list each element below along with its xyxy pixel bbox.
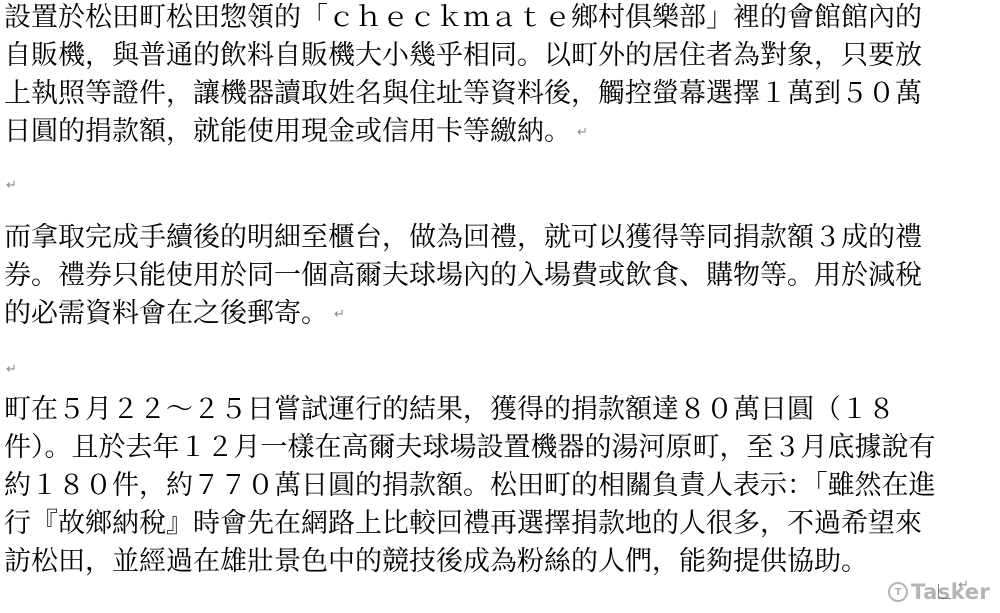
- paragraph-mark-icon: ↵: [6, 178, 17, 193]
- text-line: 券。禮券只能使用於同一個高爾夫球場內的入場費或飲食、購物等。用於減稅: [4, 258, 922, 294]
- text-line: 訪松田，並經過在雄壯景色中的競技後成為粉絲的人們，能夠提供協助。: [4, 546, 868, 577]
- watermark-logo-icon: T: [888, 582, 908, 602]
- text-line: 上執照等證件，讓機器讀取姓名與住址等資料後，觸控螢幕選擇１萬到５０萬: [4, 76, 922, 112]
- text-line-last: 訪松田，並經過在雄壯景色中的競技後成為粉絲的人們，能夠提供協助。: [4, 544, 868, 580]
- watermark: T Tasker: [888, 578, 990, 606]
- text-line: 日圓的捐款額，就能使用現金或信用卡等繳納。: [4, 116, 571, 147]
- paragraph-mark-icon: ↵: [577, 125, 588, 140]
- text-line: 的必需資料會在之後郵寄。: [4, 298, 328, 329]
- text-line: 行『故鄉納稅』時會先在網路上比較回禮再選擇捐款地的人很多，不過希望來: [4, 506, 922, 542]
- text-line: 自販機，與普通的飲料自販機大小幾乎相同。以町外的居住者為對象，只要放: [4, 38, 922, 74]
- text-line: 約１８０件，約７７０萬日圓的捐款額。松田町的相關負責人表示：「雖然在進: [4, 468, 936, 504]
- text-line-last: 的必需資料會在之後郵寄。↵: [4, 296, 345, 332]
- paragraph-mark-icon: ↵: [334, 307, 345, 322]
- text-line: 件）。且於去年１２月一樣在高爾夫球場設置機器的湯河原町，至３月底據說有: [4, 430, 936, 466]
- text-line: 町在５月２２～２５日嘗試運行的結果，獲得的捐款額達８０萬日圓（１８: [4, 392, 895, 428]
- paragraph-mark-icon: ↵: [6, 362, 17, 377]
- watermark-text: Tasker: [911, 580, 990, 604]
- text-line-last: 日圓的捐款額，就能使用現金或信用卡等繳納。↵: [4, 114, 588, 150]
- text-line: 設置於松田町松田惣領的「ｃｈｅｃｋｍａｔｅ鄉村俱樂部」裡的會館館內的: [4, 0, 922, 36]
- text-line: 而拿取完成手續後的明細至櫃台，做為回禮，就可以獲得等同捐款額３成的禮: [4, 220, 922, 256]
